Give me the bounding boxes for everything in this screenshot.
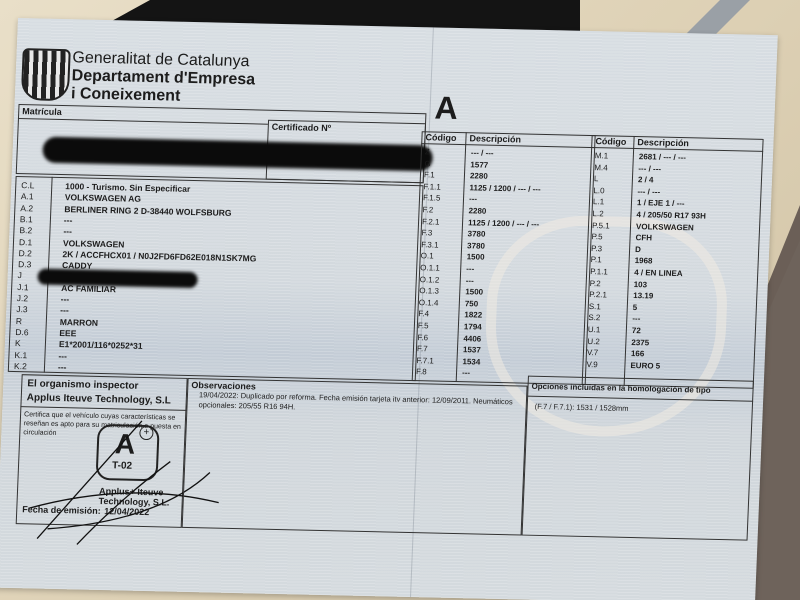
field-value: VOLKSWAGEN: [636, 222, 694, 232]
field-code: L.0: [593, 186, 604, 195]
field-code: D.1: [19, 237, 49, 248]
field-code: F.1: [424, 170, 435, 179]
field-value: 3780: [467, 241, 485, 250]
field-value: ---: [64, 215, 73, 225]
field-value: EEE: [59, 328, 76, 338]
field-code: P.1: [590, 255, 601, 264]
field-value: VOLKSWAGEN AG: [65, 192, 142, 204]
matricula-label: Matrícula: [22, 106, 62, 117]
field-value: 2375: [631, 338, 649, 347]
field-code: F.6: [417, 333, 428, 342]
field-code: D.6: [15, 327, 45, 338]
vehicle-technical-card: Generalitat de Catalunya Departament d'E…: [0, 18, 778, 600]
field-value: 72: [632, 326, 641, 335]
field-value: 3780: [467, 229, 485, 238]
field-value: 103: [634, 280, 648, 289]
field-value: 4 / EN LINEA: [634, 268, 683, 278]
field-code: K: [15, 338, 45, 349]
field-value: 2280: [468, 206, 486, 215]
field-value: 5: [633, 303, 638, 312]
field-code: U.2: [587, 337, 600, 346]
field-code: Z: [425, 147, 430, 156]
field-value: 2681 / --- / ---: [639, 152, 686, 162]
field-code: R: [16, 316, 46, 327]
field-value: MARRON: [60, 317, 99, 328]
field-code: O.1: [421, 252, 434, 261]
field-value: D: [635, 245, 641, 254]
field-code: A.1: [21, 191, 51, 202]
field-value: ---: [58, 351, 67, 361]
field-code: L.1: [593, 197, 604, 206]
descripcion-header: Descripción: [637, 137, 689, 148]
field-code: L: [594, 174, 599, 183]
field-value: 1577: [470, 160, 488, 169]
field-value: E1*2001/116*0252*31: [59, 339, 143, 351]
field-code: K.2: [14, 361, 44, 372]
field-code: F.7: [417, 344, 428, 353]
field-value: 1 / EJE 1 / ---: [637, 198, 685, 208]
field-value: CFH: [635, 233, 652, 242]
field-value: --- / ---: [471, 148, 494, 158]
field-code: P.5.1: [592, 221, 610, 230]
field-code: P.1.1: [590, 267, 608, 276]
field-value: ---: [466, 264, 474, 273]
field-code: V.7: [587, 348, 599, 357]
field-code: D.2: [18, 248, 48, 259]
field-code: F.1.5: [423, 194, 441, 203]
field-value: 1125 / 1200 / --- / ---: [468, 218, 539, 229]
field-code: V.9: [586, 360, 598, 369]
field-code: J.3: [16, 304, 46, 315]
field-value: ---: [466, 276, 474, 285]
field-code: A.2: [20, 203, 50, 214]
field-value: --- / ---: [637, 187, 660, 197]
field-code: F.1.1: [423, 182, 441, 191]
field-value: 1125 / 1200 / --- / ---: [469, 183, 540, 194]
codigo-header: Código: [595, 136, 626, 147]
field-code: S.2: [588, 313, 600, 322]
field-value: 1500: [467, 253, 485, 262]
field-code: S.1: [589, 302, 601, 311]
field-code: U.1: [588, 325, 601, 334]
field-value: ---: [462, 369, 470, 378]
field-code: B.1: [20, 214, 50, 225]
field-value: 2 / 4: [638, 175, 654, 184]
field-value: ---: [632, 314, 640, 323]
right-fields-box: [582, 135, 764, 389]
mid-fields-box: [412, 131, 596, 385]
field-value: 2280: [470, 171, 488, 180]
field-code: K.1: [14, 350, 44, 361]
field-value: ---: [61, 294, 70, 304]
field-value: EURO 5: [630, 361, 660, 371]
field-code: F.2.1: [422, 217, 440, 226]
field-value: 1794: [464, 322, 482, 331]
field-value: 1500: [465, 287, 483, 296]
field-code: J.2: [17, 293, 47, 304]
field-value: 4406: [463, 334, 481, 343]
field-code: B.2: [19, 225, 49, 236]
field-code: G: [424, 159, 431, 168]
field-code: P.2: [590, 279, 601, 288]
field-code: O.1.4: [419, 298, 439, 307]
field-code: C.L: [21, 180, 51, 191]
org-line-3: i Coneixement: [71, 85, 181, 105]
field-value: 1968: [634, 256, 652, 265]
field-value: ---: [58, 362, 67, 372]
field-code: F.8: [416, 368, 427, 377]
field-code: F.3.1: [421, 240, 439, 249]
field-value: 1822: [464, 311, 482, 320]
field-value: 750: [465, 299, 479, 308]
field-code: P.2.1: [589, 290, 607, 299]
field-value: ---: [63, 226, 72, 236]
codigo-header: Código: [425, 132, 456, 143]
field-value: VOLKSWAGEN: [63, 238, 125, 249]
generalitat-logo-icon: [21, 48, 71, 101]
descripcion-header: Descripción: [469, 133, 521, 144]
field-value: 1534: [462, 357, 480, 366]
card-type: A: [434, 89, 459, 127]
field-code: P.3: [591, 244, 602, 253]
field-value: ---: [60, 305, 69, 315]
field-code: F.5: [418, 321, 429, 330]
field-value: 4 / 205/50 R17 93H: [636, 210, 706, 221]
certificado-label: Certificado Nº: [272, 122, 332, 133]
field-code: F.2: [422, 205, 433, 214]
field-code: F.4: [418, 310, 429, 319]
field-value: ---: [469, 195, 477, 204]
field-code: O.1.3: [419, 286, 439, 295]
field-code: P.5: [591, 232, 602, 241]
field-value: 1537: [463, 345, 481, 354]
field-value: --- / ---: [638, 164, 661, 174]
field-code: M.4: [594, 163, 608, 172]
field-value: 13.19: [633, 291, 653, 300]
field-value: 166: [631, 349, 645, 358]
field-code: L.2: [592, 209, 603, 218]
field-code: F.3: [421, 228, 432, 237]
field-code: F.7.1: [416, 356, 434, 365]
field-code: M.1: [595, 151, 609, 160]
field-code: O.1.2: [420, 275, 440, 284]
field-code: O.1.1: [420, 263, 440, 272]
